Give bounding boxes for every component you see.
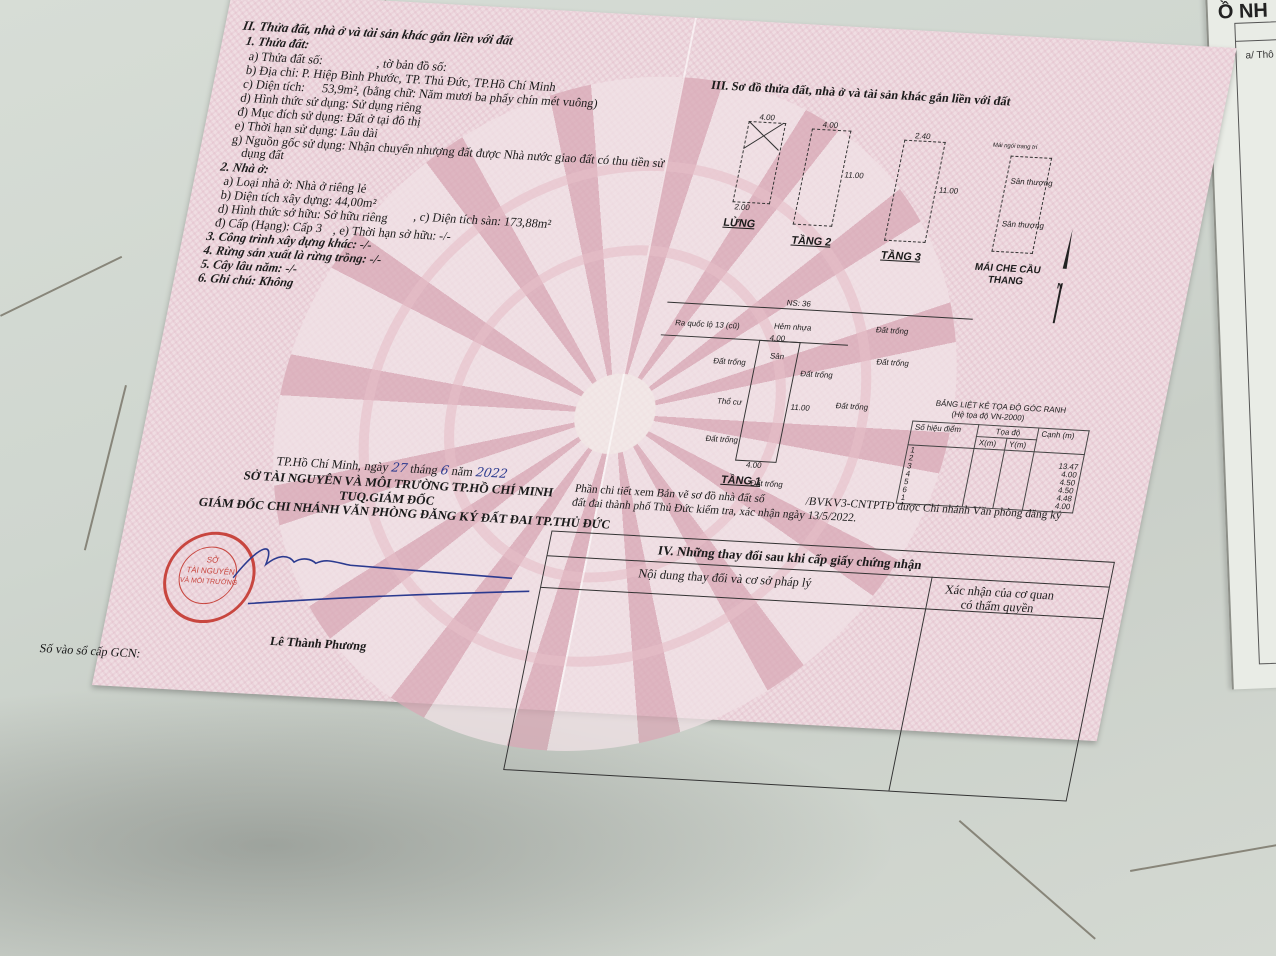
second-document-subtext: a/ Thô bbox=[1245, 49, 1274, 61]
residential-label: Thổ cư bbox=[716, 398, 743, 407]
floor-grout-line bbox=[1130, 844, 1276, 872]
register-number-label: Số vào sổ cấp GCN: bbox=[38, 642, 141, 660]
floor-label-tang-3: TẦNG 3 bbox=[880, 251, 922, 264]
dim-label: 4.00 bbox=[745, 461, 762, 470]
dim-label: 4.00 bbox=[769, 334, 786, 343]
dim-label: 11.00 bbox=[844, 171, 865, 180]
dim-label: 11.00 bbox=[790, 404, 811, 413]
roof-note: Mái ngói trang trí bbox=[992, 143, 1038, 151]
floor-label-tang-2: TẦNG 2 bbox=[790, 236, 832, 249]
year-label: năm bbox=[450, 464, 474, 479]
point-ids: 1234561 bbox=[896, 445, 974, 507]
floor-label-tang-1: TẦNG 1 bbox=[720, 475, 762, 488]
signer-name: Lê Thành Phương bbox=[269, 635, 368, 653]
north-arrow-icon bbox=[1046, 229, 1080, 329]
divider bbox=[888, 577, 932, 791]
changes-col-content: Nội dung thay đổi và cơ sở pháp lý bbox=[637, 567, 813, 589]
changes-col-confirmation-cont: có thẩm quyền bbox=[960, 598, 1035, 614]
floor-grout-line bbox=[959, 820, 1096, 940]
floor-label-mai-che: MÁI CHE CẦU THANG bbox=[970, 262, 1044, 290]
changes-table: IV. Những thay đổi sau khi cấp giấy chứn… bbox=[503, 530, 1115, 801]
land-certificate: II. Thửa đất, nhà ở và tài sản khác gắn … bbox=[92, 0, 1237, 741]
second-document-box bbox=[1234, 18, 1276, 664]
issue-month: 6 bbox=[439, 462, 450, 477]
issue-day: 27 bbox=[390, 460, 409, 476]
dim-label: 4.00 bbox=[822, 121, 839, 130]
floor-grout-line bbox=[84, 385, 127, 550]
yard-label: Sân bbox=[769, 352, 785, 361]
issue-year: 2022 bbox=[475, 464, 509, 481]
floor-plan-tang-3 bbox=[884, 140, 946, 243]
coords-table-subtitle: (Hệ tọa độ VN-2000) bbox=[951, 411, 1025, 423]
empty-land-label: Đất trống bbox=[799, 370, 833, 380]
coords-table: Số hiệu điểm Tọa độ Cạnh (m) X(m) Y(m) 1… bbox=[896, 420, 1090, 513]
second-document-header: Ồ NH bbox=[1217, 0, 1268, 25]
notes: 6. Ghi chú: Không bbox=[197, 272, 295, 290]
col-header: Cạnh (m) bbox=[1035, 428, 1090, 455]
month-label: tháng bbox=[409, 462, 439, 477]
col-header: Số hiệu điểm bbox=[908, 421, 979, 448]
site-note: NS: 36 bbox=[786, 299, 812, 308]
dim-label: 11.00 bbox=[938, 187, 959, 196]
floor-plan-mai-che bbox=[991, 156, 1052, 254]
dim-label: 2.00 bbox=[734, 203, 751, 212]
land-use-origin-cont: dụng đất bbox=[240, 147, 285, 162]
edge-values: 13.474.004.504.504.484.00 bbox=[1023, 452, 1085, 513]
dim-label: 4.00 bbox=[759, 114, 776, 123]
void-cross-icon bbox=[743, 121, 784, 151]
dim-label: 2.40 bbox=[914, 132, 931, 141]
floor-grout-line bbox=[0, 256, 122, 317]
floor-label-lung: LỬNG bbox=[722, 218, 756, 231]
